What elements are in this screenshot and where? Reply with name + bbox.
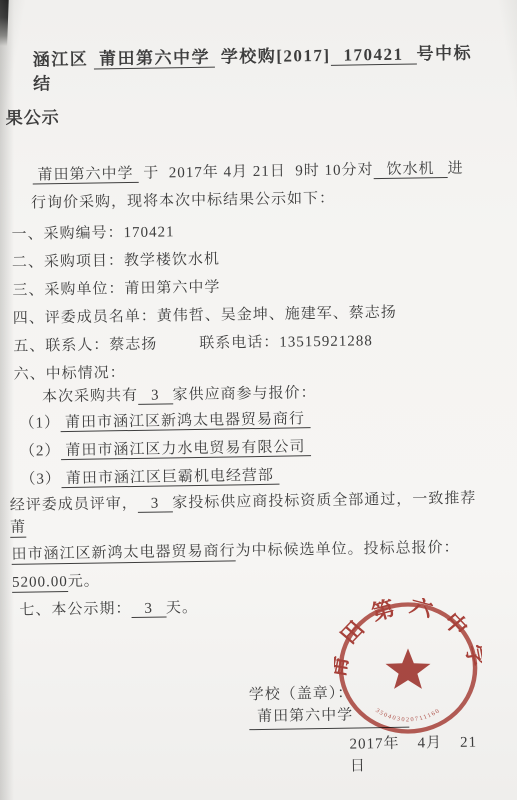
bidder-row: （1）莆田市涵江区新鸿太电器贸易商行: [14, 405, 483, 434]
winner-name-part2-underlined: 田市涵江区新鸿太电器贸易商行: [11, 543, 235, 565]
contact-person: 五、联系人：蔡志扬: [13, 337, 157, 355]
bidder-name-underlined: 莆田市涵江区巨霸机电经营部: [61, 468, 279, 488]
bidder-index: （1）: [19, 415, 60, 432]
bidder-row: （3）莆田市涵江区巨霸机电经营部: [15, 461, 484, 490]
seal-star: [386, 648, 431, 689]
winner-name-part1-underlined: 莆: [10, 520, 26, 538]
title-number-underlined: 170421: [330, 44, 416, 65]
item-committee-members: 四、评委成员名单：黄伟哲、吴金坤、施建军、蔡志扬: [13, 300, 482, 329]
review-pre: 经评委成员评审，: [10, 496, 138, 514]
title-line-2: 果公示: [6, 100, 479, 131]
notice-days-underlined: 3: [131, 600, 166, 618]
scanned-document-page: 涵江区 莆田第六中学 学校购[2017]170421号中标结 果公示 莆田第六中…: [0, 0, 517, 800]
school-seal: 莆田第六中学 350403020711160: [334, 598, 482, 738]
review-line-1: 经评委成员评审，3家投标供应商投标资质全部通过，一致推荐莆: [10, 487, 486, 538]
intro-school-underlined: 莆田第六中学: [32, 166, 138, 185]
review-post: 为中标候选单位。投标总报价：: [235, 540, 459, 560]
review-mid: 家投标供应商投标资质全部通过，一致推荐: [172, 491, 476, 512]
item-procurement-unit: 三、采购单位：莆田第六中学: [12, 272, 481, 301]
price-line: 5200.00元。: [12, 564, 486, 593]
contact-phone: 联系电话：13515921288: [199, 333, 373, 352]
item-contact: 五、联系人：蔡志扬联系电话：13515921288: [13, 328, 482, 357]
bidders-count-underlined: 3: [138, 387, 173, 405]
intro-item-underlined: 饮水机: [373, 161, 447, 179]
title-district: 涵江区: [33, 50, 89, 70]
bidder-name-underlined: 莆田市涵江区力水电贸易有限公司: [60, 439, 310, 460]
date-line: 2017年4月21日: [349, 731, 489, 777]
notice-pre: 七、本公示期：: [19, 601, 131, 619]
bidder-row: （2）莆田市涵江区力水电贸易有限公司: [15, 433, 484, 462]
bidders-intro-pre: 本次采购共有: [42, 388, 138, 406]
review-line-2: 田市涵江区新鸿太电器贸易商行为中标候选单位。投标总报价：: [11, 536, 485, 565]
intro-line-2: 行询价采购，现将本次中标结果公示如下：: [11, 185, 480, 214]
bidders-intro-post: 家供应商参与报价：: [172, 385, 316, 403]
seal-serial-number: 350403020711160: [374, 707, 442, 723]
review-count-underlined: 3: [138, 495, 173, 513]
intro-datetime: 于 2017年 4月 21日 9时 10分对: [143, 162, 373, 182]
intro-cont: 进: [447, 161, 463, 177]
intro-line-1: 莆田第六中学 于 2017年 4月 21日 9时 10分对饮水机进: [10, 158, 479, 187]
notice-post: 天。: [166, 600, 198, 617]
title-line-1: 涵江区 莆田第六中学 学校购[2017]170421号中标结: [9, 42, 479, 97]
item-procurement-number: 一、采购编号：170421: [11, 216, 480, 245]
bidder-index: （2）: [20, 443, 61, 460]
bidder-index: （3）: [20, 471, 61, 488]
title-doc-ref: 学校购[2017]: [221, 46, 331, 67]
bidder-name-underlined: 莆田市涵江区新鸿太电器贸易商行: [60, 411, 310, 432]
title-school-underlined: 莆田第六中学: [94, 48, 215, 70]
price-suffix: 元。: [68, 574, 100, 591]
total-price-underlined: 5200.00: [12, 574, 68, 593]
date-year: 2017年: [349, 736, 399, 753]
item-procurement-project: 二、采购项目：教学楼饮水机: [12, 244, 481, 273]
